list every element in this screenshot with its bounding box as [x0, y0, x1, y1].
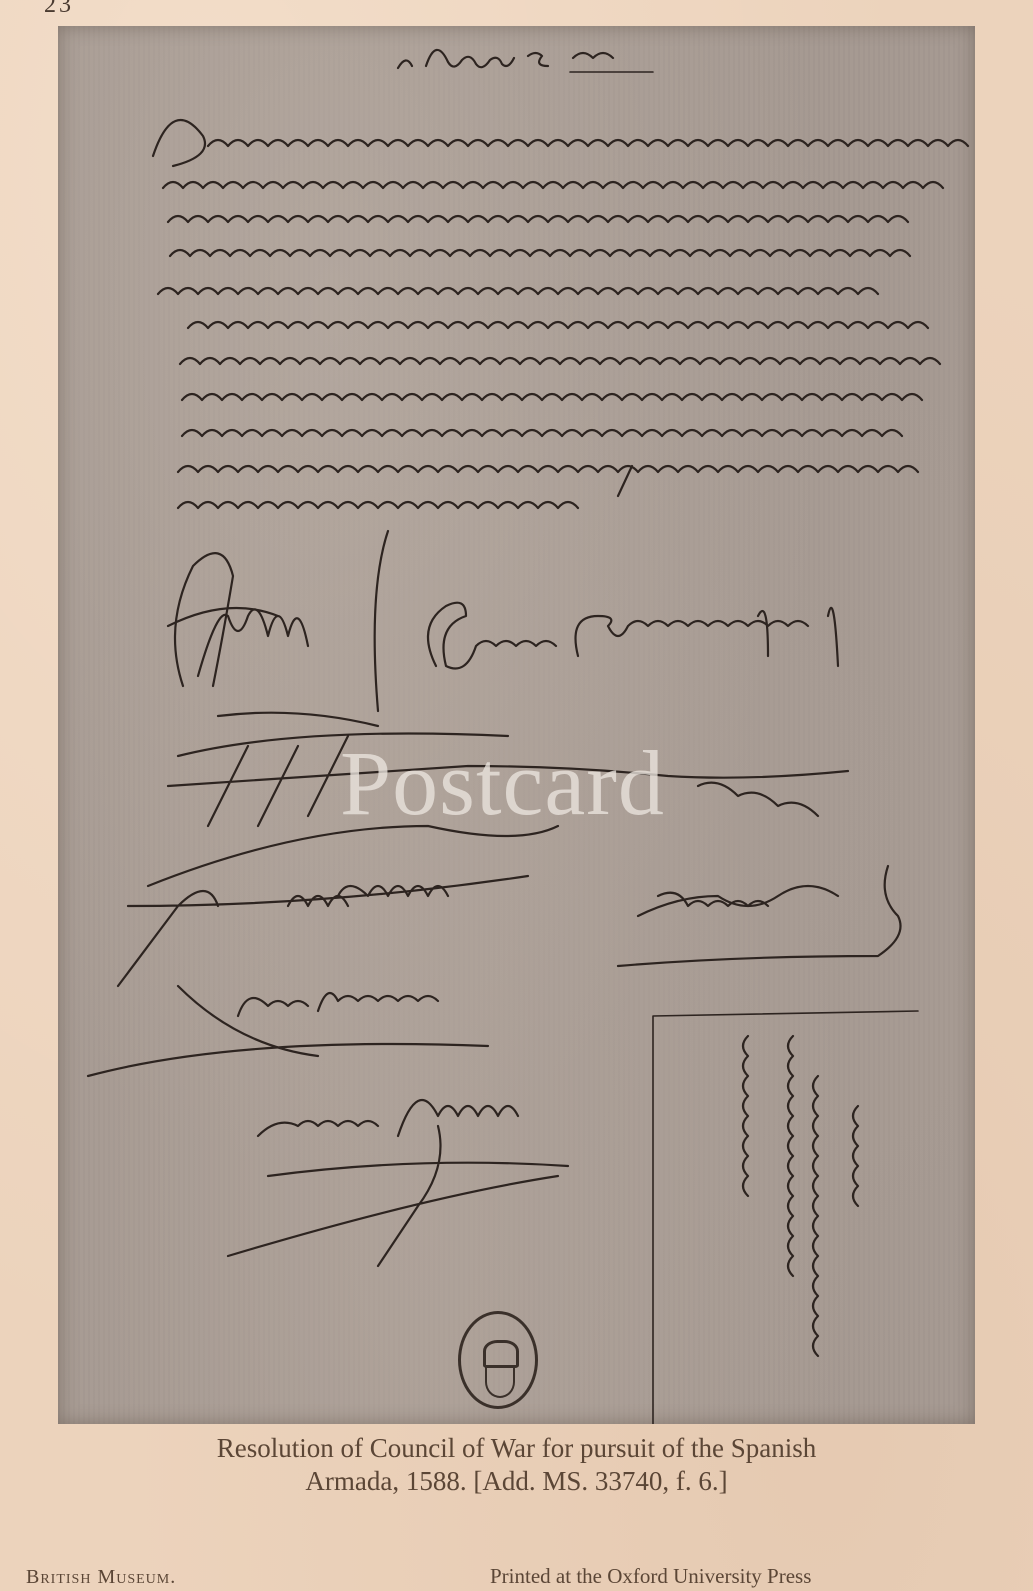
printer-label: Printed at the Oxford University Press	[490, 1564, 811, 1589]
shield-icon	[485, 1366, 515, 1398]
caption-line-1: Resolution of Council of War for pursuit…	[0, 1432, 1033, 1465]
crown-icon	[483, 1340, 519, 1368]
signatures-script	[88, 531, 901, 1266]
handwriting-image	[58, 26, 975, 1424]
caption: Resolution of Council of War for pursuit…	[0, 1432, 1033, 1498]
body-script	[153, 120, 968, 508]
dateline-script	[398, 50, 653, 72]
manuscript-facsimile	[58, 26, 975, 1424]
caption-line-2: Armada, 1588. [Add. MS. 33740, f. 6.]	[0, 1465, 1033, 1498]
page-number: 23	[44, 0, 74, 19]
docket-note-script	[653, 1011, 918, 1424]
publisher-label: British Museum.	[26, 1566, 176, 1589]
postcard-watermark: Postcard	[340, 730, 665, 836]
library-stamp-icon	[458, 1311, 538, 1409]
